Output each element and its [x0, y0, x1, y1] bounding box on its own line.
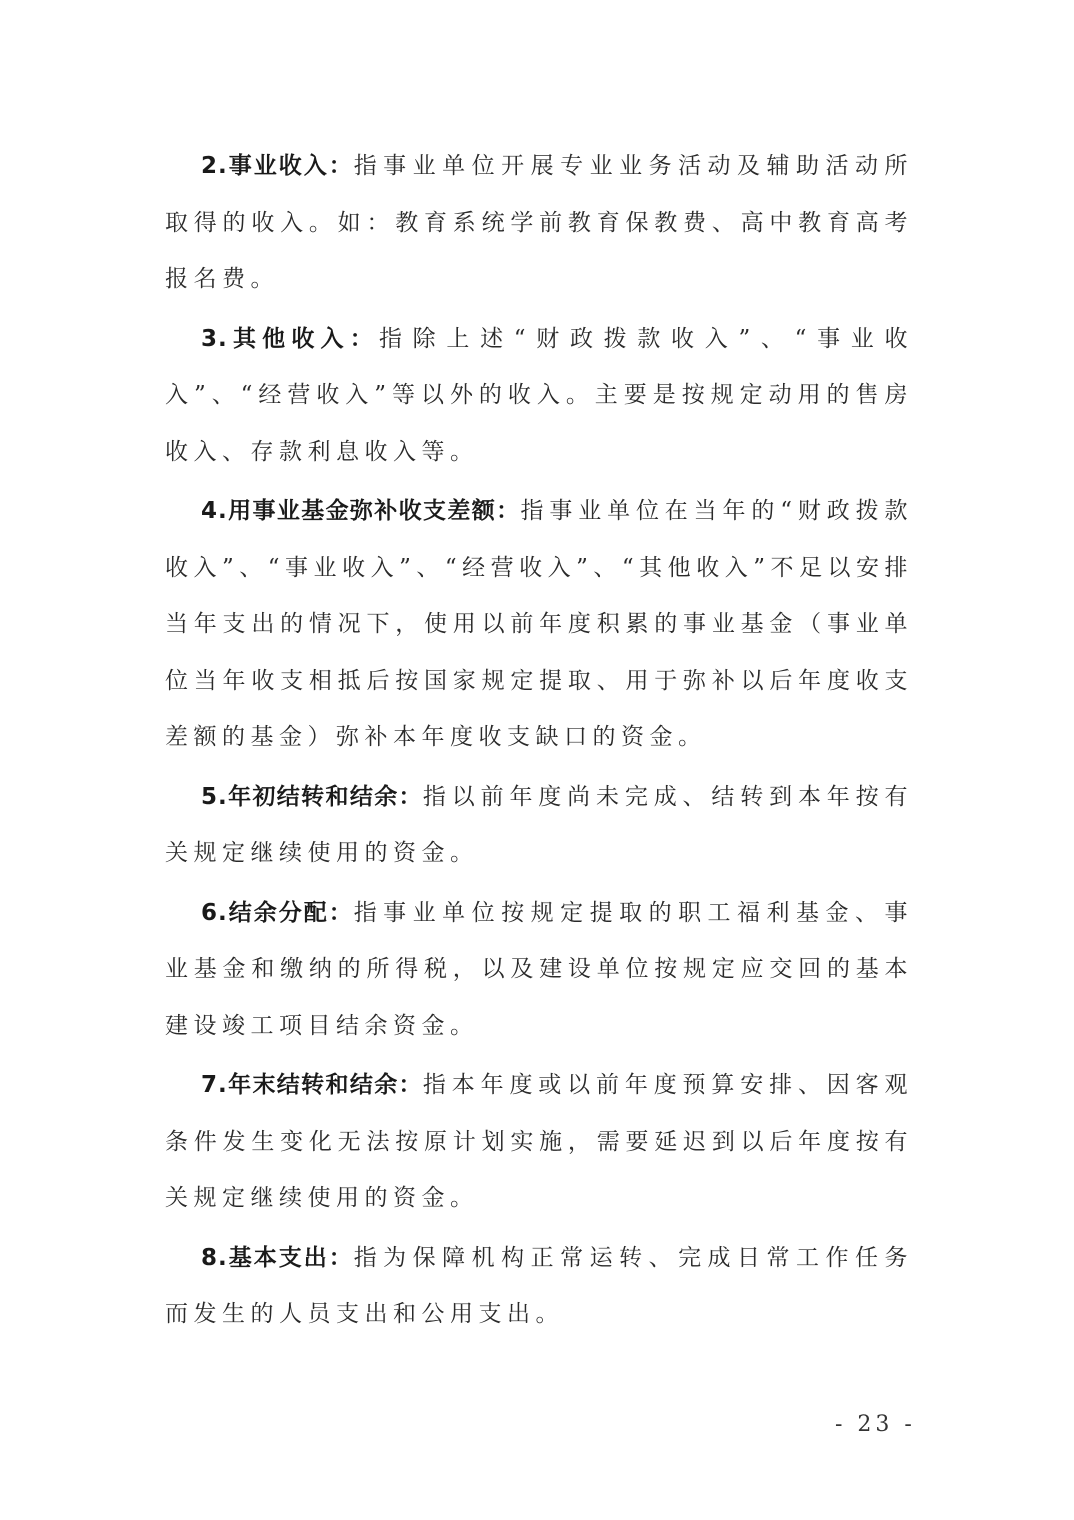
term-label: 6.结余分配：	[201, 900, 354, 926]
term-label: 4.用事业基金弥补收支差额：	[201, 498, 520, 524]
document-page: 2.事业收入：指事业单位开展专业业务活动及辅助活动所取得的收入。如：教育系统学前…	[0, 0, 1074, 1520]
term-definition: 指事业单位在当年的“财政拨款收入”、“事业收入”、“经营收入”、“其他收入”不足…	[165, 498, 913, 750]
definition-paragraph-fund-offset: 4.用事业基金弥补收支差额：指事业单位在当年的“财政拨款收入”、“事业收入”、“…	[165, 483, 913, 766]
document-body: 2.事业收入：指事业单位开展专业业务活动及辅助活动所取得的收入。如：教育系统学前…	[165, 138, 913, 1343]
definition-paragraph-closing-balance: 7.年末结转和结余：指本年度或以前年度预算安排、因客观条件发生变化无法按原计划实…	[165, 1057, 913, 1227]
definition-paragraph-surplus-distribution: 6.结余分配：指事业单位按规定提取的职工福利基金、事业基金和缴纳的所得税，以及建…	[165, 885, 913, 1055]
definition-paragraph-basic-expenditure: 8.基本支出：指为保障机构正常运转、完成日常工作任务而发生的人员支出和公用支出。	[165, 1230, 913, 1343]
definition-paragraph-opening-balance: 5.年初结转和结余：指以前年度尚未完成、结转到本年按有关规定继续使用的资金。	[165, 769, 913, 882]
definition-paragraph-business-income: 2.事业收入：指事业单位开展专业业务活动及辅助活动所取得的收入。如：教育系统学前…	[165, 138, 913, 308]
term-label: 7.年末结转和结余：	[201, 1072, 423, 1098]
term-label: 2.事业收入：	[201, 153, 354, 179]
term-label: 8.基本支出：	[201, 1245, 354, 1271]
page-number: - 23 -	[835, 1412, 916, 1437]
term-label: 5.年初结转和结余：	[201, 784, 423, 810]
definition-paragraph-other-income: 3.其他收入：指除上述“财政拨款收入”、“事业收入”、“经营收入”等以外的收入。…	[165, 311, 913, 481]
term-label: 3.其他收入：	[201, 326, 379, 352]
